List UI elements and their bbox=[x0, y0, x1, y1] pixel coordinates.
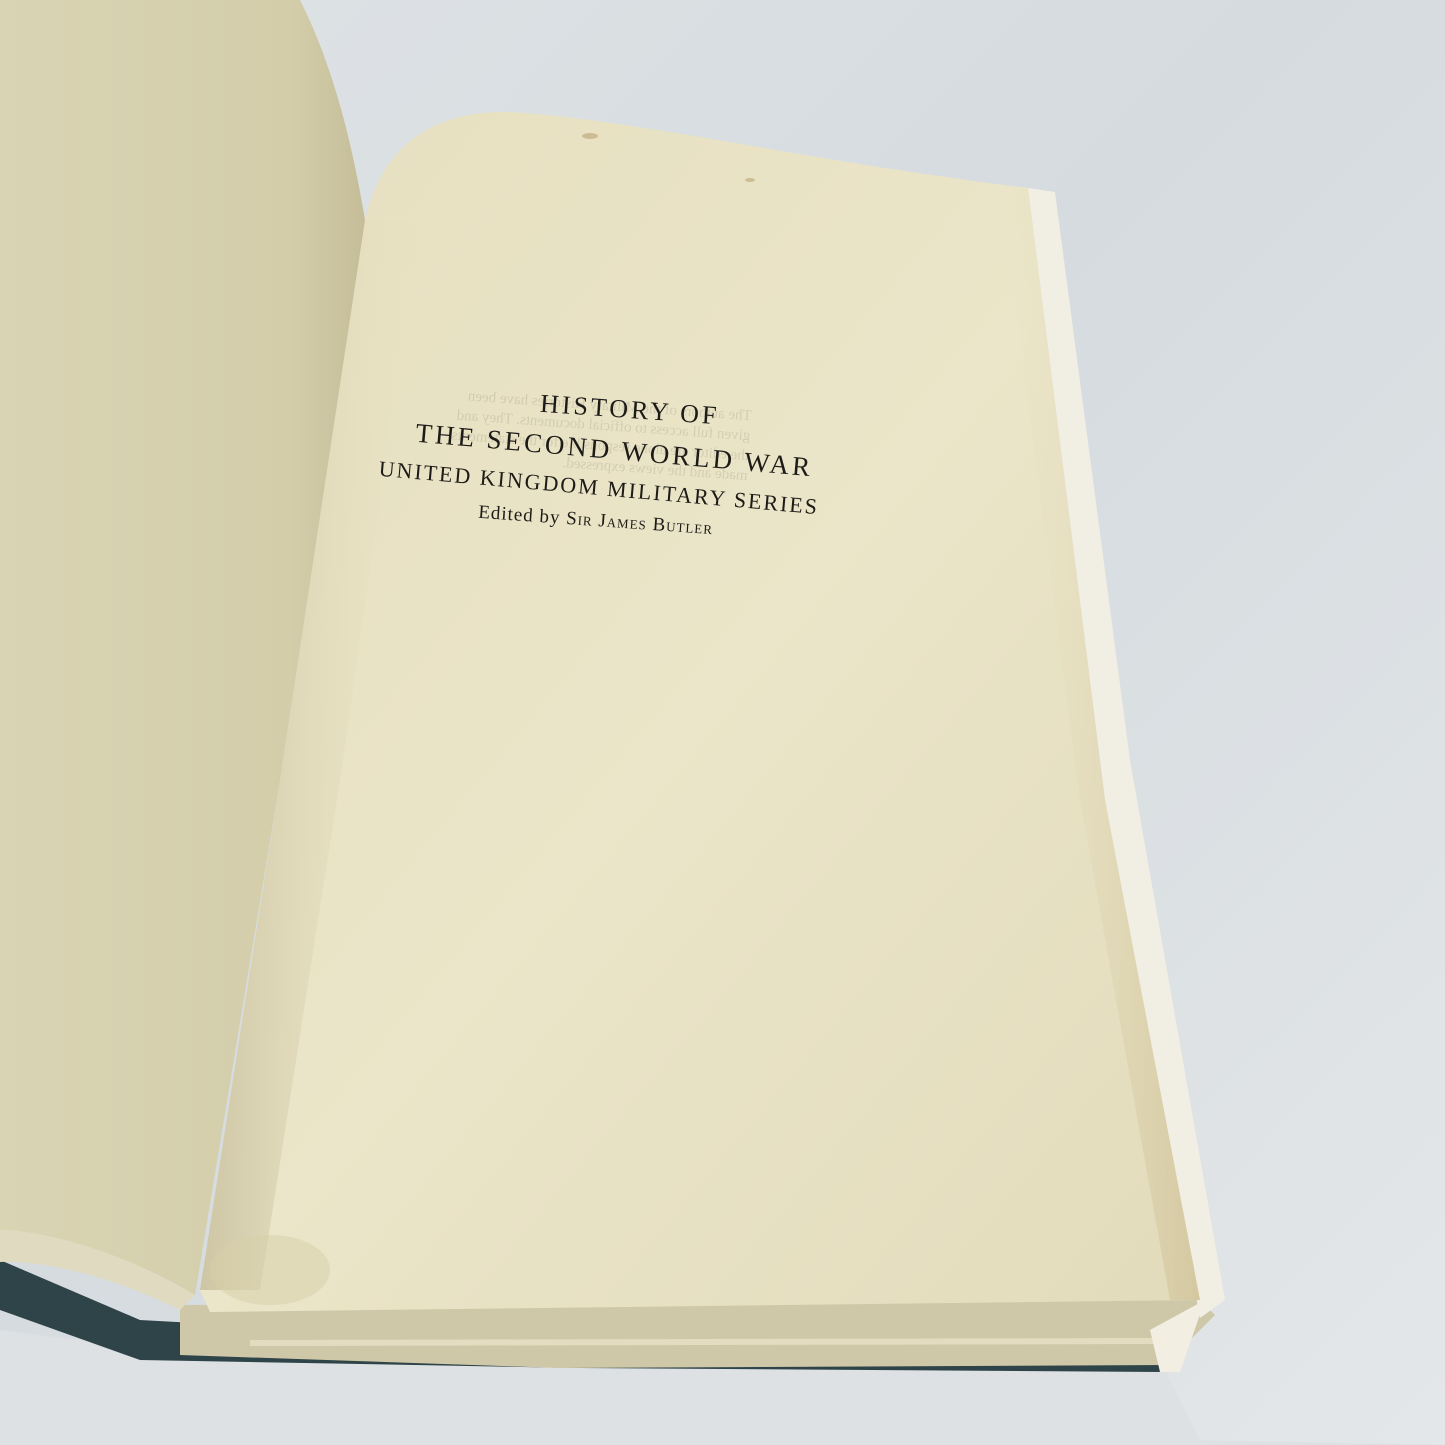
book-illustration bbox=[0, 0, 1445, 1445]
book-photo: The authors of the Military Histories ha… bbox=[0, 0, 1445, 1445]
title-page-text: HISTORY OF THE SECOND WORLD WAR UNITED K… bbox=[360, 380, 960, 580]
title-line-1: HISTORY OF bbox=[539, 389, 720, 431]
editor-name: Sir James Butler bbox=[565, 508, 713, 539]
editor-prefix: Edited by bbox=[478, 502, 562, 529]
